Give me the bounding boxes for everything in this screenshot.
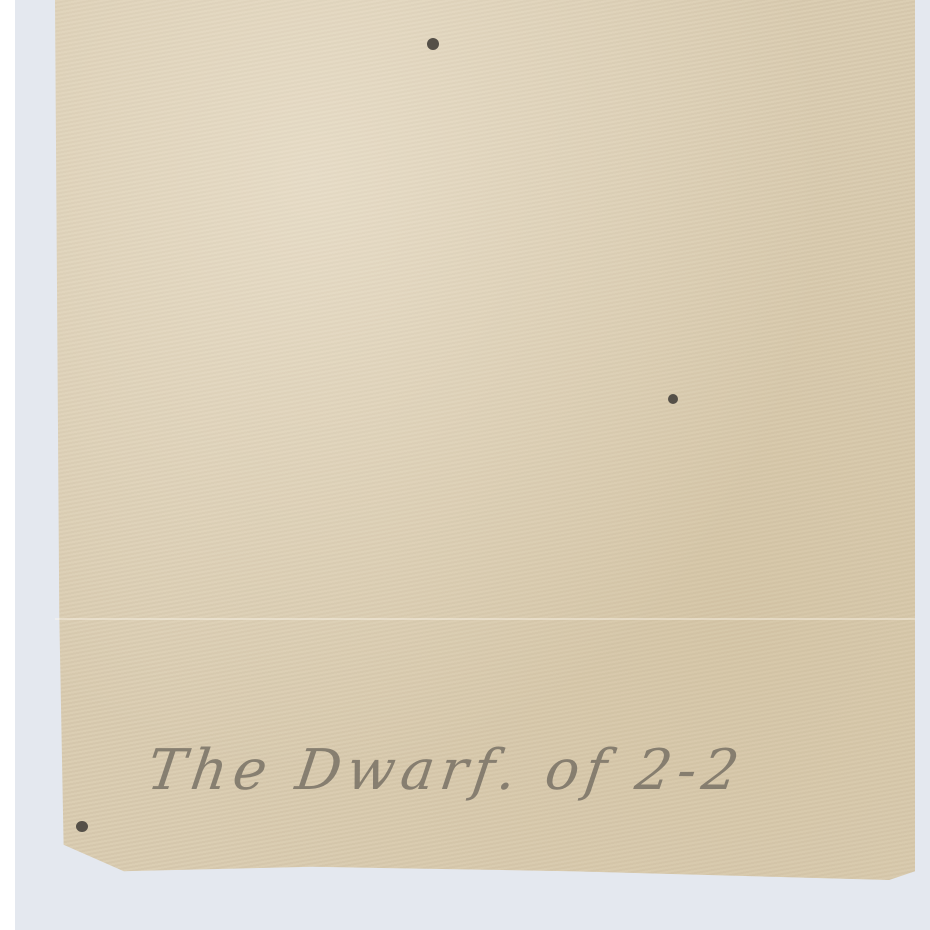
paper-crease xyxy=(55,618,915,620)
foxing-spot xyxy=(427,38,439,50)
foxing-spot xyxy=(668,394,678,404)
pencil-inscription: The Dwarf. of 2-2 xyxy=(143,738,748,803)
foxing-spot xyxy=(76,821,88,832)
